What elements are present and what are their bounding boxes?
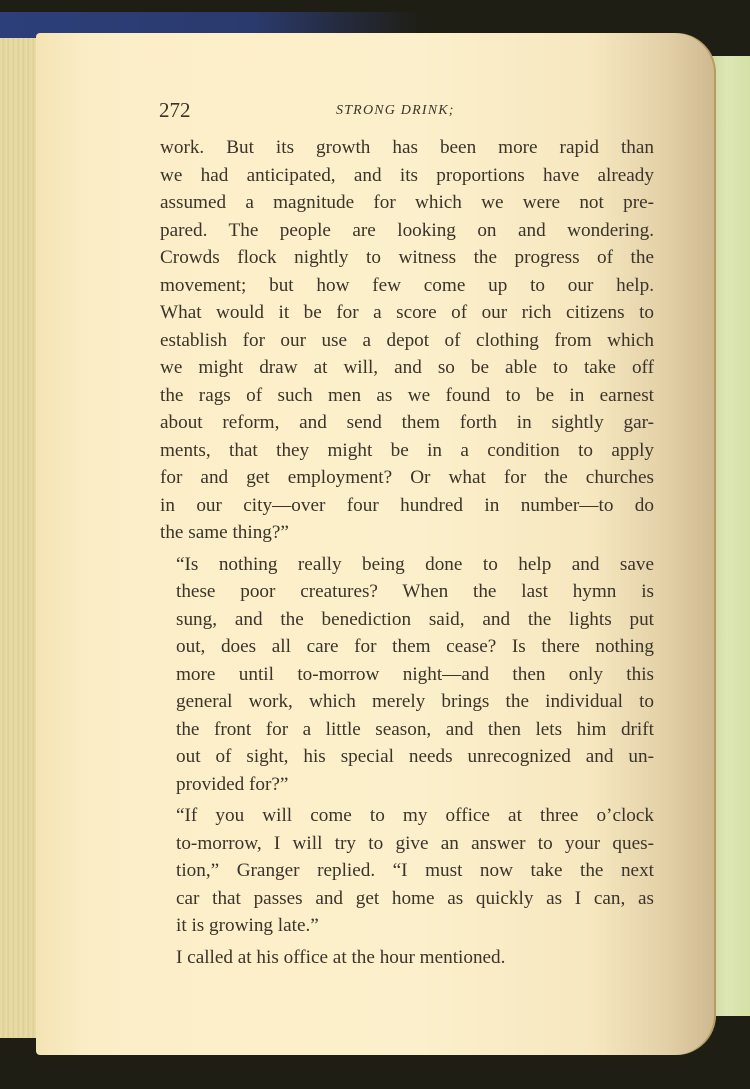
text-line: we might draw at will, and so be able to… <box>160 354 654 382</box>
text-line: out, does all care for them cease? Is th… <box>160 633 654 661</box>
text-line: the rags of such men as we found to be i… <box>160 382 654 410</box>
page-content: 272 STRONG DRINK; work. But its growth h… <box>124 98 652 971</box>
text-line: about reform, and send them forth in sig… <box>160 409 654 437</box>
text-line: sung, and the benediction said, and the … <box>160 606 654 634</box>
text-line: for and get employment? Or what for the … <box>160 464 654 492</box>
text-line: the front for a little season, and then … <box>160 716 654 744</box>
paragraph-4: I called at his office at the hour menti… <box>160 944 654 972</box>
text-line: ments, that they might be in a condition… <box>160 437 654 465</box>
text-line: these poor creatures? When the last hymn… <box>160 578 654 606</box>
paragraph-3: “If you will come to my office at three … <box>160 802 654 940</box>
text-line: assumed a magnitude for which we were no… <box>160 189 654 217</box>
text-line: to-morrow, I will try to give an answer … <box>160 830 654 858</box>
text-line: more until to-morrow night—and then only… <box>160 661 654 689</box>
text-line: movement; but how few come up to our hel… <box>160 272 654 300</box>
text-line: it is growing late.” <box>160 912 654 940</box>
text-line: work. But its growth has been more rapid… <box>160 134 654 162</box>
text-line: “If you will come to my office at three … <box>160 802 654 830</box>
text-line: we had anticipated, and its proportions … <box>160 162 654 190</box>
text-line: the same thing?” <box>160 519 654 547</box>
text-line: I called at his office at the hour menti… <box>160 944 654 972</box>
text-line: “Is nothing really being done to help an… <box>160 551 654 579</box>
text-line: in our city—over four hundred in number—… <box>160 492 654 520</box>
text-line: establish for our use a depot of clothin… <box>160 327 654 355</box>
running-head: 272 STRONG DRINK; <box>124 98 652 134</box>
text-line: out of sight, his special needs unrecogn… <box>160 743 654 771</box>
facing-page-edge <box>712 56 750 1016</box>
page-stack-edge <box>0 38 40 1038</box>
paragraph-2: “Is nothing really being done to help an… <box>160 551 654 799</box>
text-line: tion,” Granger replied. “I must now take… <box>160 857 654 885</box>
text-line: Crowds flock nightly to witness the prog… <box>160 244 654 272</box>
running-title: STRONG DRINK; <box>336 103 455 119</box>
text-line: What would it be for a score of our rich… <box>160 299 654 327</box>
text-line: pared. The people are looking on and won… <box>160 217 654 245</box>
page-number: 272 <box>159 98 191 123</box>
text-line: general work, which merely brings the in… <box>160 688 654 716</box>
text-line: provided for?” <box>160 771 654 799</box>
text-line: car that passes and get home as quickly … <box>160 885 654 913</box>
paragraph-1: work. But its growth has been more rapid… <box>160 134 654 547</box>
body-text: work. But its growth has been more rapid… <box>160 134 654 971</box>
